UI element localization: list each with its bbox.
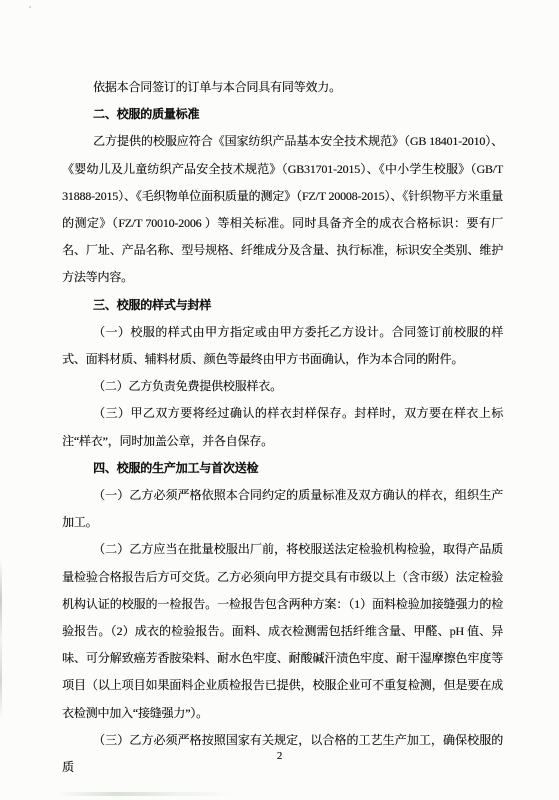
paragraph: （三）甲乙双方要将经过确认的样衣封样保存。封样时，双方要在样衣上标注“样衣”，同…: [62, 400, 503, 454]
document-body: 依据本合同签订的订单与本合同具有同等效力。 二、校服的质量标准 乙方提供的校服应…: [62, 74, 503, 781]
scan-edge-artifact: [0, 560, 2, 720]
section-heading: 二、校服的质量标准: [62, 101, 503, 128]
paragraph: （二）乙方应当在批量校服出厂前，将校服送法定检验机构检验，取得产品质量检验合格报…: [62, 536, 503, 726]
page-number: 2: [0, 750, 559, 762]
scan-smudge-artifact: [58, 792, 233, 796]
paragraph: 依据本合同签订的订单与本合同具有同等效力。: [62, 74, 503, 101]
paragraph: （二）乙方负责免费提供校服样衣。: [62, 373, 503, 400]
paragraph: （一）校服的样式由甲方指定或由甲方委托乙方设计。合同签订前校服的样式、面料材质、…: [62, 319, 503, 373]
section-heading: 四、校服的生产加工与首次送检: [62, 455, 503, 482]
paragraph: （一）乙方必须严格依照本合同约定的质量标准及双方确认的样衣，组织生产加工。: [62, 482, 503, 536]
document-page: 依据本合同签订的订单与本合同具有同等效力。 二、校服的质量标准 乙方提供的校服应…: [0, 0, 559, 800]
section-heading: 三、校服的样式与封样: [62, 292, 503, 319]
scan-speck-artifact: [29, 6, 31, 8]
paragraph: 乙方提供的校服应符合《国家纺织产品基本安全技术规范》（GB 18401-2010…: [62, 128, 503, 291]
